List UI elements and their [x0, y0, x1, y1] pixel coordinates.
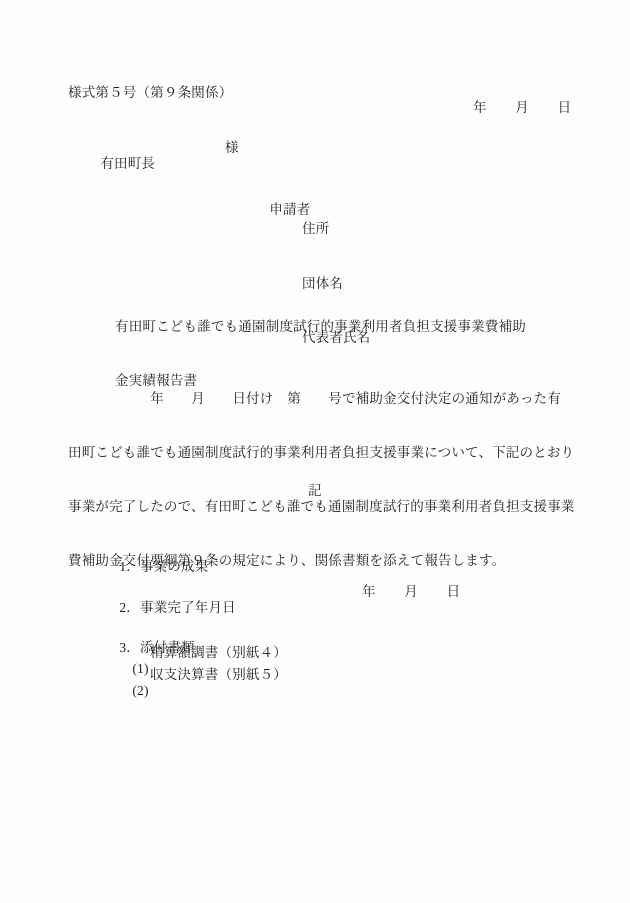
addressee-line: 有田町長 様: [86, 140, 155, 204]
attachment-2-row: (2) 収支決算書（別紙５）: [118, 667, 149, 731]
item-2-number: 2．: [119, 600, 140, 615]
addressee-name: 有田町長: [100, 156, 155, 171]
item-2-date-blank: 年 月 日: [362, 584, 461, 600]
applicant-address-label: 住所: [302, 218, 371, 241]
item-1-number: 1．: [119, 559, 140, 574]
ki-marker: 記: [0, 483, 630, 499]
applicant-block: 申請者 住所 団体名 代表者氏名: [255, 186, 310, 250]
attachment-2-label: 収支決算書（別紙５）: [150, 667, 287, 683]
document-title-line-1: 有田町こども誰でも通園制度試行的事業利用者負担支援事業費補助: [115, 316, 526, 338]
body-line-2: 田町こども誰でも通園制度試行的事業利用者負担支援事業について、下記のとおり: [68, 442, 575, 464]
form-number: 様式第５号（第９条関係）: [68, 85, 232, 101]
report-form-page: 様式第５号（第９条関係） 年 月 日 有田町長 様 申請者 住所 団体名 代表者…: [0, 0, 630, 903]
date-blank-line: 年 月 日: [473, 100, 572, 116]
attachment-1-label: 精算額調書（別紙４）: [150, 645, 287, 661]
item-2-label: 事業完了年月日: [140, 600, 236, 615]
body-line-3: 事業が完了したので、有田町こども誰でも通園制度試行的事業利用者負担支援事業: [68, 496, 575, 518]
body-line-1: 年 月 日付け 第 号で補助金交付決定の通知があった有: [68, 388, 575, 410]
attachment-2-number: (2): [132, 683, 148, 698]
addressee-honorific: 様: [225, 140, 239, 156]
item-1-label: 事業の成果: [140, 559, 209, 574]
